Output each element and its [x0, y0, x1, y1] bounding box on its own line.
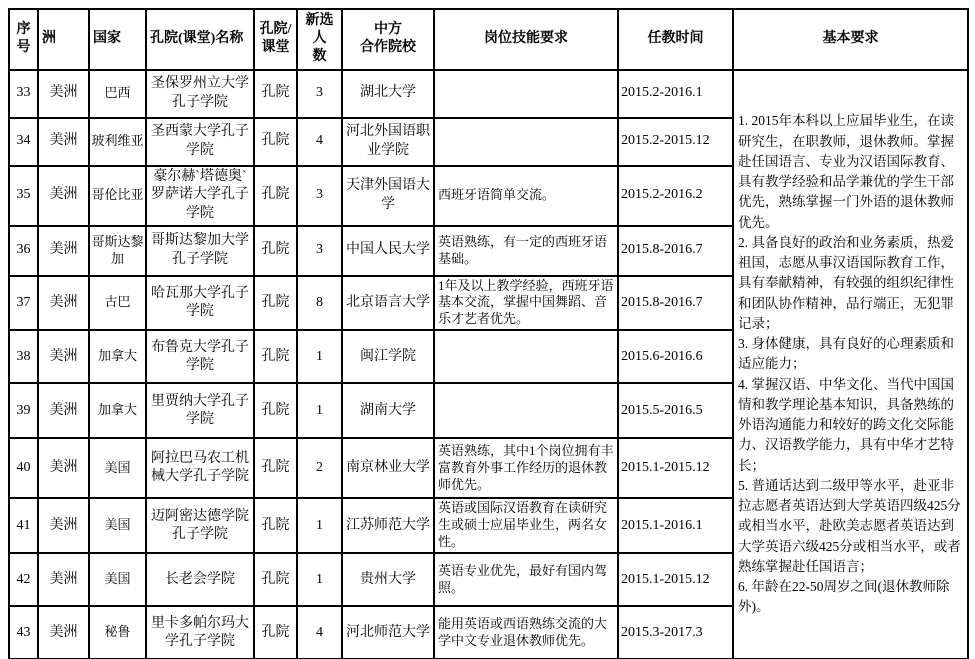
cell-institute-name: 阿拉巴马农工机械大学孔子学院: [146, 438, 254, 498]
cell-partner-university: 贵州大学: [342, 553, 434, 606]
basic-requirement-item: 1. 2015年本科以上应届毕业生，在读研究生，在职教师，退休教师。掌握赴任国语…: [738, 111, 963, 233]
cell-new-count: 3: [297, 166, 342, 226]
cell-serial: 35: [9, 166, 38, 226]
basic-requirement-item: 2. 具备良好的政治和业务素质，热爱祖国，志愿从事汉语国际教育工作，具有奉献精神…: [738, 233, 963, 334]
cell-institute-name: 哈瓦那大学孔子学院: [146, 276, 254, 331]
cell-new-count: 2: [297, 438, 342, 498]
cell-type: 孔院: [254, 226, 297, 276]
cell-serial: 38: [9, 330, 38, 383]
cell-basic-requirements: 1. 2015年本科以上应届毕业生，在读研究生，在职教师，退休教师。掌握赴任国语…: [733, 70, 968, 659]
cell-institute-name: 长老会学院: [146, 553, 254, 606]
cell-continent: 美洲: [38, 226, 89, 276]
cell-partner-university: 河北师范大学: [342, 606, 434, 659]
cell-teaching-period: 2015.5-2016.5: [618, 383, 733, 438]
cell-partner-university: 湖南大学: [342, 383, 434, 438]
cell-country: 哥伦比亚: [89, 166, 146, 226]
cell-teaching-period: 2015.2-2015.12: [618, 118, 733, 166]
cell-country: 古巴: [89, 276, 146, 331]
col-header-new-count: 新选人 数: [297, 9, 342, 70]
cell-institute-name: 圣保罗州立大学孔子学院: [146, 70, 254, 118]
cell-continent: 美洲: [38, 118, 89, 166]
cell-new-count: 4: [297, 118, 342, 166]
cell-continent: 美洲: [38, 383, 89, 438]
basic-requirement-item: 3. 身体健康，具有良好的心理素质和适应能力；: [738, 334, 963, 375]
cell-teaching-period: 2015.1-2015.12: [618, 438, 733, 498]
cell-country: 美国: [89, 498, 146, 553]
cell-skill-requirements: 英语熟练，有一定的西班牙语基础。: [434, 226, 618, 276]
cell-continent: 美洲: [38, 276, 89, 331]
cell-serial: 36: [9, 226, 38, 276]
cell-skill-requirements: [434, 383, 618, 438]
cell-country: 哥斯达黎加: [89, 226, 146, 276]
cell-country: 加拿大: [89, 383, 146, 438]
cell-new-count: 3: [297, 70, 342, 118]
cell-serial: 43: [9, 606, 38, 659]
cell-institute-name: 圣西蒙大学孔子学院: [146, 118, 254, 166]
col-header-basic-requirements: 基本要求: [733, 9, 968, 70]
col-header-country: 国家: [89, 9, 146, 70]
basic-requirement-item: 6. 年龄在22-50周岁之间(退休教师除外)。: [738, 577, 963, 618]
cell-partner-university: 天津外国语大学: [342, 166, 434, 226]
basic-requirement-item: 5. 普通话达到二级甲等水平，赴亚非拉志愿者英语达到大学英语四级425分或相当水…: [738, 476, 963, 577]
cell-skill-requirements: [434, 118, 618, 166]
col-header-institute-name: 孔院(课堂)名称: [146, 9, 254, 70]
cell-teaching-period: 2015.6-2016.6: [618, 330, 733, 383]
cell-type: 孔院: [254, 166, 297, 226]
col-header-partner: 中方 合作院校: [342, 9, 434, 70]
cell-new-count: 8: [297, 276, 342, 331]
col-header-serial: 序号: [9, 9, 38, 70]
cell-partner-university: 河北外国语职业学院: [342, 118, 434, 166]
cell-country: 美国: [89, 438, 146, 498]
cell-continent: 美洲: [38, 166, 89, 226]
cell-partner-university: 中国人民大学: [342, 226, 434, 276]
cell-new-count: 3: [297, 226, 342, 276]
cell-type: 孔院: [254, 330, 297, 383]
col-header-teaching-period: 任教时间: [618, 9, 733, 70]
cell-serial: 34: [9, 118, 38, 166]
cell-institute-name: 里卡多帕尔玛大学孔子学院: [146, 606, 254, 659]
cell-teaching-period: 2015.3-2017.3: [618, 606, 733, 659]
cell-type: 孔院: [254, 553, 297, 606]
cell-institute-name: 豪尔赫`塔德奥`罗萨诺大学孔子学院: [146, 166, 254, 226]
col-header-skill-requirements: 岗位技能要求: [434, 9, 618, 70]
cell-teaching-period: 2015.8-2016.7: [618, 276, 733, 331]
cell-partner-university: 湖北大学: [342, 70, 434, 118]
cell-type: 孔院: [254, 276, 297, 331]
cell-serial: 42: [9, 553, 38, 606]
cell-institute-name: 迈阿密达德学院孔子学院: [146, 498, 254, 553]
cell-continent: 美洲: [38, 606, 89, 659]
cell-institute-name: 哥斯达黎加大学孔子学院: [146, 226, 254, 276]
cell-partner-university: 江苏师范大学: [342, 498, 434, 553]
cell-type: 孔院: [254, 606, 297, 659]
cell-country: 加拿大: [89, 330, 146, 383]
cell-skill-requirements: 英语专业优先，最好有国内驾照。: [434, 553, 618, 606]
cell-serial: 39: [9, 383, 38, 438]
cell-serial: 37: [9, 276, 38, 331]
cell-teaching-period: 2015.2-2016.2: [618, 166, 733, 226]
cell-institute-name: 布鲁克大学孔子学院: [146, 330, 254, 383]
cell-new-count: 1: [297, 553, 342, 606]
cell-skill-requirements: 英语熟练，其中1个岗位拥有丰富教育外事工作经历的退休教师优先。: [434, 438, 618, 498]
cell-institute-name: 里贾纳大学孔子学院: [146, 383, 254, 438]
cell-new-count: 1: [297, 498, 342, 553]
cell-new-count: 1: [297, 383, 342, 438]
cell-continent: 美洲: [38, 438, 89, 498]
cell-type: 孔院: [254, 438, 297, 498]
cell-partner-university: 北京语言大学: [342, 276, 434, 331]
cell-skill-requirements: 能用英语或西语熟练交流的大学中文专业退休教师优先。: [434, 606, 618, 659]
table-row-33: 33 美洲 巴西 圣保罗州立大学孔子学院 孔院 3 湖北大学 2015.2-20…: [9, 70, 968, 118]
cell-type: 孔院: [254, 118, 297, 166]
cell-skill-requirements: 英语或国际汉语教育在读研究生或硕士应届毕业生，两名女性。: [434, 498, 618, 553]
cell-skill-requirements: 1年及以上教学经验，西班牙语基本交流，掌握中国舞蹈、音乐才艺者优先。: [434, 276, 618, 331]
cell-serial: 33: [9, 70, 38, 118]
cell-type: 孔院: [254, 383, 297, 438]
cell-country: 秘鲁: [89, 606, 146, 659]
cell-continent: 美洲: [38, 70, 89, 118]
cell-continent: 美洲: [38, 330, 89, 383]
cell-partner-university: 南京林业大学: [342, 438, 434, 498]
col-header-type: 孔院/ 课堂: [254, 9, 297, 70]
cell-type: 孔院: [254, 498, 297, 553]
cell-teaching-period: 2015.1-2015.12: [618, 553, 733, 606]
cell-country: 美国: [89, 553, 146, 606]
header-row: 序号 洲 国家 孔院(课堂)名称 孔院/ 课堂 新选人 数 中方 合作院校 岗位…: [9, 9, 968, 70]
cell-country: 巴西: [89, 70, 146, 118]
recruitment-table: 序号 洲 国家 孔院(课堂)名称 孔院/ 课堂 新选人 数 中方 合作院校 岗位…: [8, 8, 969, 659]
cell-skill-requirements: 西班牙语简单交流。: [434, 166, 618, 226]
cell-teaching-period: 2015.8-2016.7: [618, 226, 733, 276]
cell-skill-requirements: [434, 330, 618, 383]
cell-skill-requirements: [434, 70, 618, 118]
col-header-continent: 洲: [38, 9, 89, 70]
cell-teaching-period: 2015.2-2016.1: [618, 70, 733, 118]
cell-country: 玻利维亚: [89, 118, 146, 166]
cell-type: 孔院: [254, 70, 297, 118]
cell-serial: 40: [9, 438, 38, 498]
cell-new-count: 1: [297, 330, 342, 383]
cell-new-count: 4: [297, 606, 342, 659]
cell-continent: 美洲: [38, 498, 89, 553]
cell-serial: 41: [9, 498, 38, 553]
cell-teaching-period: 2015.1-2016.1: [618, 498, 733, 553]
basic-requirement-item: 4. 掌握汉语、中华文化、当代中国国情和教学理论基本知识，具备熟练的外语沟通能力…: [738, 375, 963, 476]
cell-continent: 美洲: [38, 553, 89, 606]
cell-partner-university: 闽江学院: [342, 330, 434, 383]
document-page: 序号 洲 国家 孔院(课堂)名称 孔院/ 课堂 新选人 数 中方 合作院校 岗位…: [0, 0, 975, 659]
